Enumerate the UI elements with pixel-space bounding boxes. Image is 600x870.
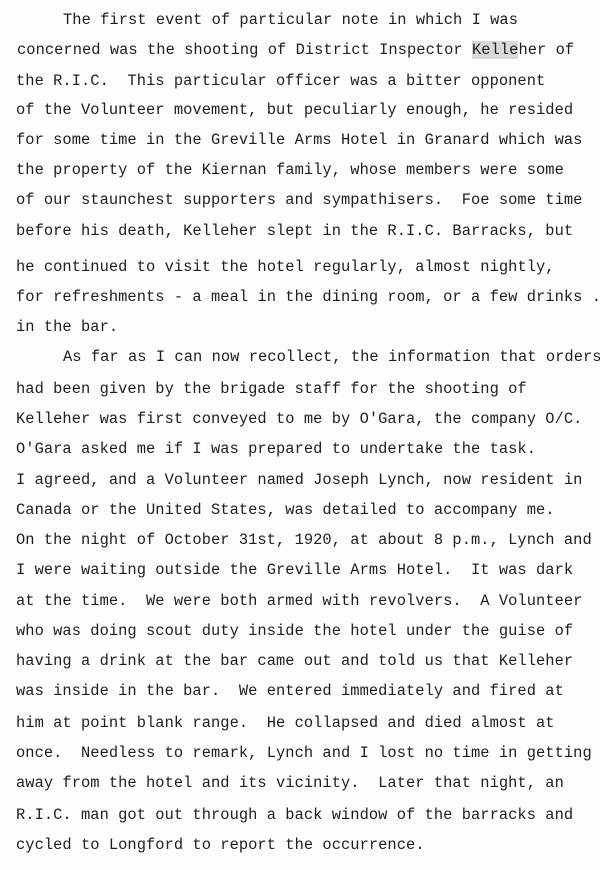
- text-line: The first event of particular note in wh…: [63, 10, 518, 30]
- text-segment: her of: [518, 41, 574, 59]
- text-line: was inside in the bar. We entered immedi…: [16, 681, 564, 701]
- text-line: O'Gara asked me if I was prepared to und…: [16, 439, 536, 459]
- text-line: the property of the Kiernan family, whos…: [16, 160, 564, 180]
- text-line: of the Volunteer movement, but peculiarl…: [16, 100, 573, 120]
- text-line: in the bar.: [16, 317, 118, 337]
- text-line: of our staunchest supporters and sympath…: [16, 190, 582, 210]
- text-line: concerned was the shooting of District I…: [17, 40, 574, 60]
- text-line: having a drink at the bar came out and t…: [16, 651, 573, 671]
- text-line: before his death, Kelleher slept in the …: [16, 221, 573, 241]
- text-line: the R.I.C. This particular officer was a…: [16, 71, 545, 91]
- text-line: R.I.C. man got out through a back window…: [16, 805, 573, 825]
- text-line: once. Needless to remark, Lynch and I lo…: [16, 743, 592, 763]
- text-line: who was doing scout duty inside the hote…: [16, 621, 573, 641]
- document-page: The first event of particular note in wh…: [0, 0, 600, 870]
- text-line: I were waiting outside the Greville Arms…: [16, 560, 573, 580]
- text-line: I agreed, and a Volunteer named Joseph L…: [16, 470, 582, 490]
- text-line: Kelleher was first conveyed to me by O'G…: [16, 409, 582, 429]
- text-line: had been given by the brigade staff for …: [16, 379, 527, 399]
- text-line: As far as I can now recollect, the infor…: [63, 347, 600, 367]
- highlighted-word: Kelle: [472, 41, 518, 59]
- text-line: him at point blank range. He collapsed a…: [16, 713, 555, 733]
- text-line: Canada or the United States, was detaile…: [16, 500, 555, 520]
- text-line: away from the hotel and its vicinity. La…: [16, 773, 564, 793]
- text-line: at the time. We were both armed with rev…: [16, 591, 582, 611]
- text-segment: concerned was the shooting of District I…: [17, 41, 472, 59]
- text-line: cycled to Longford to report the occurre…: [16, 835, 425, 855]
- text-line: for refreshments - a meal in the dining …: [16, 287, 600, 307]
- text-line: On the night of October 31st, 1920, at a…: [16, 530, 592, 550]
- text-line: he continued to visit the hotel regularl…: [16, 257, 555, 277]
- text-line: for some time in the Greville Arms Hotel…: [16, 130, 582, 150]
